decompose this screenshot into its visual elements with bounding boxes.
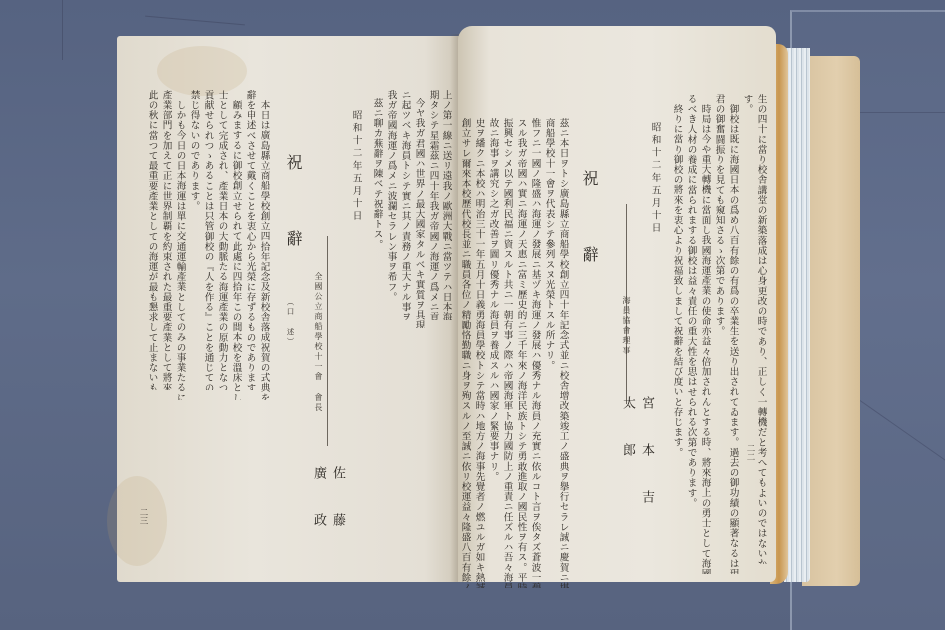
- surface-seam: [62, 0, 63, 60]
- text-column: 御校は既に海國日本の爲め八百有餘の有爲の卒業生を送り出されてゐます。過去の御功績…: [726, 104, 740, 574]
- text-column: 我ガ帝國海運ノ爲メニ波瀾セラレン事ヲ希フ。: [384, 90, 398, 320]
- text-column: 顧みまするに御校創立せられて此處に四拾年この間本校を溫床として培はれた技術と識見…: [229, 100, 243, 400]
- signature-name: 佐藤廣政: [309, 466, 347, 582]
- text-column: 禁じ得ないのであります。: [187, 90, 201, 390]
- left-page: 上ノ第一線ニ送リ遠我ノ歐洲大戰ニ當ツテハ日本海員トシテ戰時ノ重要任務ヲ果シ我ガ帝…: [117, 36, 459, 582]
- text-column: 生の四十に當り校舎講堂の新築落成は心身更改の時であり、正しく一轉機だと考へてもよ…: [754, 94, 768, 564]
- text-column: 貢献せられつゝあることは只管御校の『人を作る』ことを通じての海運產業への偉大なる…: [201, 90, 215, 390]
- signature-title: 全國公立商船學校十一會 會長: [313, 272, 324, 413]
- text-column: 今ヤ我ガ君國ハ世界ノ最大國家タルベキ實質ヲ具現スルノ必要アル一大轉機即チ非常時ニ…: [412, 98, 426, 328]
- text-column: 士として完成され、產業日本の大動脈たる海運產業の原動力となつて全世界の津々浦々に…: [215, 90, 229, 390]
- section-note: （口 述）: [285, 298, 296, 347]
- signature-title: 海員協會理事: [621, 296, 632, 356]
- text-column: 茲ニ本日ヲトシ廣島縣立商船學校創立四十年記念式並ニ校舎增改築竣工ノ盛典ヲ擧行セラ…: [556, 118, 570, 588]
- paper-stain: [157, 46, 247, 96]
- text-column: 君の御奮闘振りを見ても窺知さるゝ次第であります。: [712, 94, 726, 336]
- text-column: す。: [740, 94, 754, 114]
- text-column: 惟フニ一國ノ隆盛ハ海運ノ發展ニ基ヅキ海運ノ發展ハ優秀ナル海員ノ充實ニ依ルコト言ヲ…: [528, 118, 542, 588]
- text-column: スル我ガ帝國ハ實ニ海運ノ天惠ニ富ミ歷史的ニ三千年來ノ海洋民族トシテ勇敢進取ノ國民…: [514, 118, 528, 588]
- text-column: 史ヲ繙クニ本校ハ明治三十一年五月十日義勇海員學校トシテ當時ハ地方ノ海事先覺者ノ燃…: [472, 118, 486, 588]
- right-page: 生の四十に當り校舎講堂の新築落成は心身更改の時であり、正しく一轉機だと考へてもよ…: [458, 26, 776, 582]
- back-cover: [802, 56, 860, 586]
- text-column: 創立サレ爾來本校歷代校長並ニ職員各位ノ精勵恪勤職ニ身ヲ殉スルノ至誠ニ依リ校運益々…: [458, 118, 472, 588]
- text-column: 產業部門を加えて正に世界制覇を約束された最重要產業として將來の飛躍を期待せられつ…: [159, 90, 173, 390]
- section-title: 祝辭: [578, 170, 601, 322]
- text-column: 終りに當り御校の將來を衷心より祝福致しまして祝辭を結び度いと存じます。: [670, 104, 684, 458]
- text-column: るべき人材の養成に當られまする御校は益々責任の重大性を思はせられる次第であります…: [684, 94, 698, 508]
- text-column: 商船學校十一會ヲ代表シテ參列スヌ光榮トスル所ナリ。: [542, 118, 556, 371]
- date: 昭和十二年五月十日: [349, 110, 363, 223]
- text-column: 故ニ海事ヲ講究シ之ガ改善ヲ圖リ優秀ナル海員ヲ養成スルハ國家ノ緊要事ナリ。: [486, 118, 500, 482]
- text-column: 期タシテ星霜茲ニ四十年我ガ帝國ノ海運ノ爲メニ貢献セラレシ功績ヤ頗ル偉大ナリ。: [426, 90, 440, 320]
- date: 昭和十二年五月十日: [648, 122, 662, 235]
- signature-name: 宮本吉太郎: [618, 396, 656, 582]
- page-number: 二二: [744, 444, 756, 461]
- text-column: しかも今日の日本海運は單に交通運輸產業としてのみの事業たるに止らず今や遠洋漁業、…: [173, 100, 187, 400]
- page-number: 二三: [137, 508, 149, 525]
- section-title: 祝辭: [282, 154, 305, 306]
- text-column: 本日は廣島縣立商船學校創立四拾年記念及新校舎落成祝賀の式典を擧行せられまするに當…: [257, 100, 271, 400]
- text-column: 時局は今や重大轉機に當面し我國海運產業の使命亦益々倍加されんとする時、將來海上の…: [698, 104, 712, 574]
- text-column: 辭を申述べさせて戴くことを衷心から光榮に存ずるものであります。: [243, 90, 257, 390]
- text-column: ニ起ツベキ海員トシテ實ニ其ノ責務ノ重大ナル事ヲ痛感シ先輩アル歷史ヲ有スル廣島商船…: [398, 90, 412, 320]
- text-column: 振興セシメ以テ國利民福ニ資スルト共ニ一朝有事ノ際ハ帝國海軍ト協力國防上ノ重責ニ任…: [500, 118, 514, 588]
- divider-rule: [327, 236, 328, 446]
- text-column: 此の秋に當つて最重要產業としての海運が最も懇求して止まないものは原動力となるべき…: [145, 90, 159, 390]
- text-column: 茲ニ聊カ蕪辭ヲ陳ベテ祝辭トス。: [370, 98, 384, 328]
